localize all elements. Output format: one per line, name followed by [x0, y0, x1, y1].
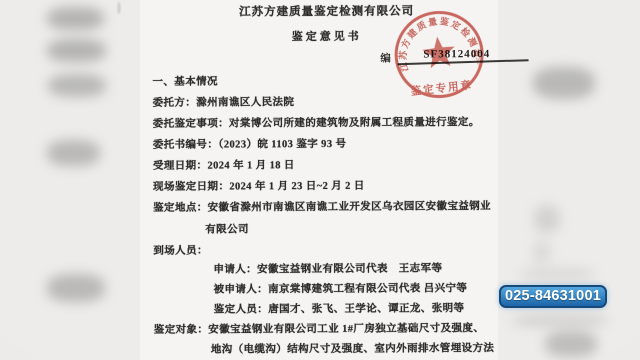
doc-line-subject: 鉴定对象：安徽宝益钢业有限公司工业 1#厂房独立基础尺寸及强度、 [154, 320, 485, 337]
seal-graphic: 江苏方建质量鉴定检测有限公司 鉴定专用章 2024 [386, 4, 494, 108]
doc-line-client: 委托方：滁州南谯区人民法院 [153, 94, 295, 110]
doc-line-respondent: 被申请人：南京棠博建筑工程有限公司代表 吕兴宁等 [214, 280, 468, 296]
doc-line-appraisers: 鉴定人员：唐国才、张飞、王学论、谭正龙、张明等 [214, 300, 465, 316]
seal-star-icon [421, 35, 457, 69]
doc-line-matter: 委托鉴定事项：对棠博公司所建的建筑物及附属工程质量进行鉴定。 [153, 114, 480, 131]
phone-number-badge: 025-84631001 [499, 285, 607, 308]
seal-bottom-text: 鉴定专用章 [410, 78, 474, 98]
doc-line-case-no: 委托书编号：（2023）皖 1103 鉴字 93 号 [153, 136, 347, 152]
doc-line-location-cont: 有限公司 [205, 221, 249, 236]
official-seal: 江苏方建质量鉴定检测有限公司 鉴定专用章 2024 [386, 4, 494, 108]
doc-line-applicant: 申请人：安徽宝益钢业有限公司代表 王志军等 [213, 260, 442, 276]
video-frame: 江苏方建质量鉴定检测有限公司 鉴定意见书 编 SF38124004 江苏方建质量… [0, 0, 640, 360]
doc-line-location: 鉴定地点：安徽省滁州市南谯区南谯工业开发区乌衣园区安徽宝益钢业 [153, 198, 491, 215]
doc-line-subject-cont: 地沟（电缆沟）结构尺寸及强度、室内外雨排水管埋设方法 [211, 340, 494, 356]
doc-line-attendees: 到场人员： [153, 243, 208, 258]
section-heading: 一、基本情况 [152, 74, 217, 89]
doc-line-accept-date: 受理日期：2024 年 1 月 18 日 [153, 157, 295, 173]
doc-line-site-date: 现场鉴定日期：2024 年 1 月 23 日~2 月 2 日 [153, 178, 365, 194]
serial-number-label: 编 [380, 51, 391, 66]
